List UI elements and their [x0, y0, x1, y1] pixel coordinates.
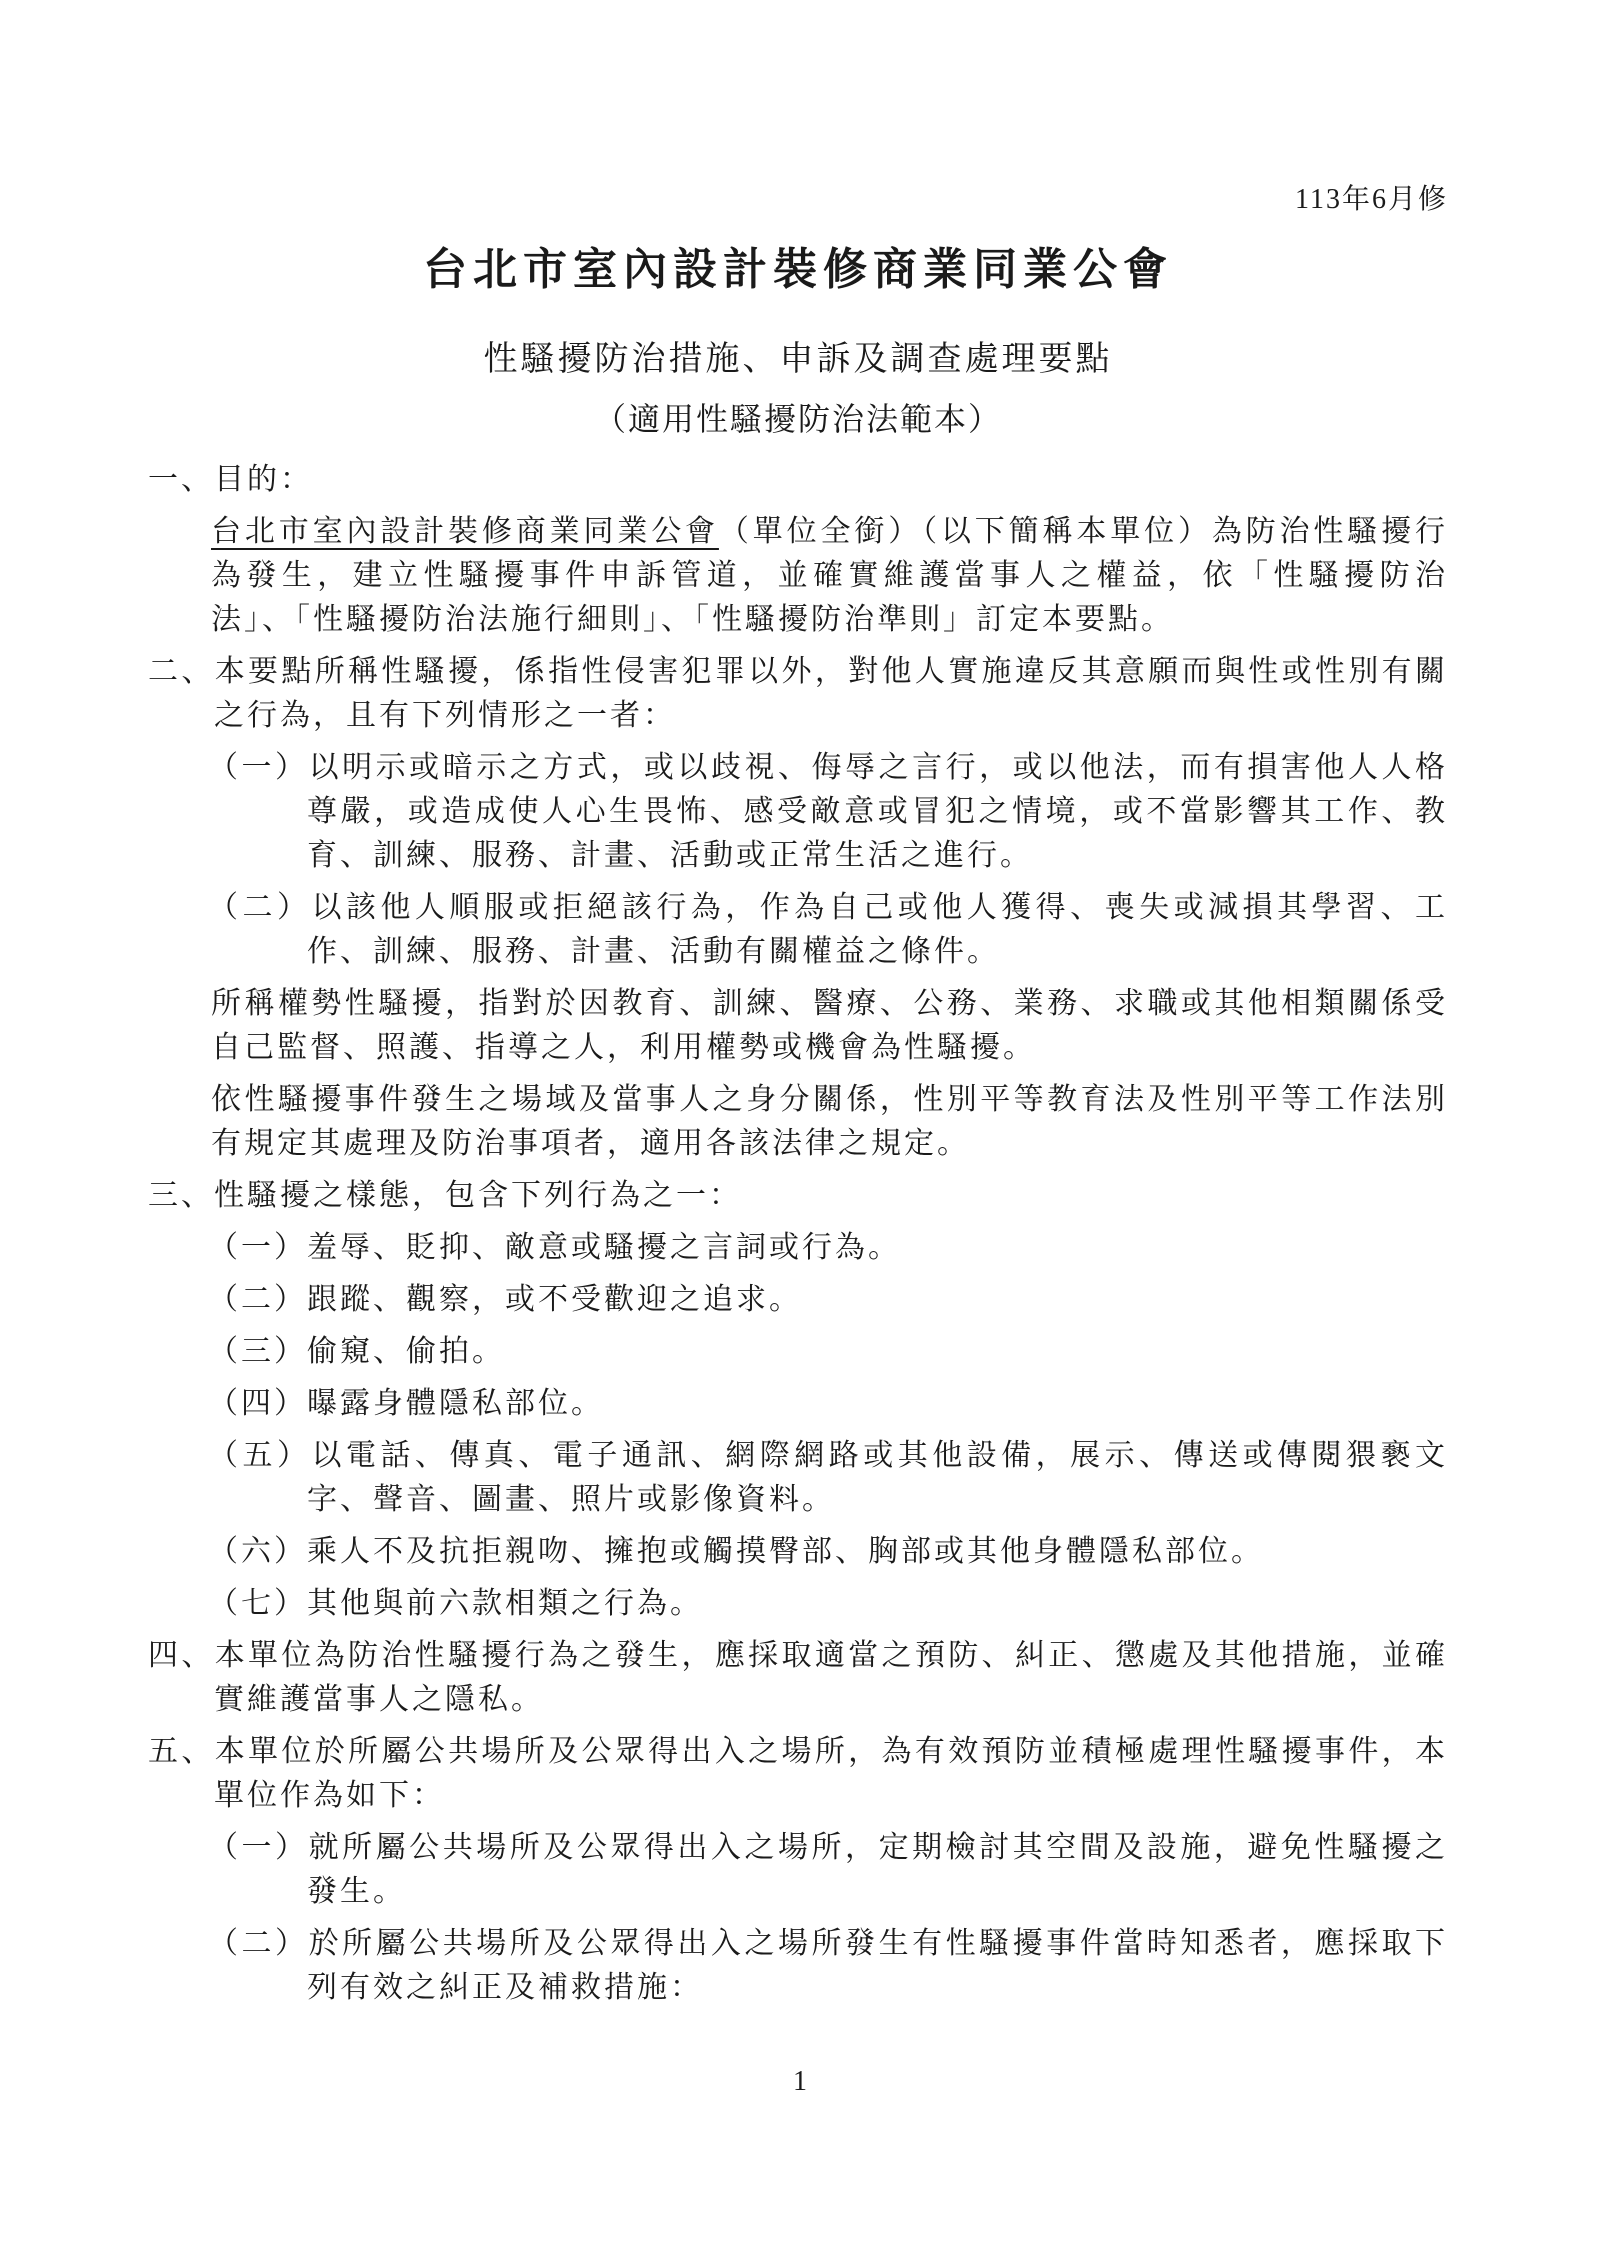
section-4-label: 四、 [148, 1639, 215, 1672]
item-3-5-label: （五） [208, 1439, 311, 1472]
item-3-7: （七）其他與前六款相類之行為。 [208, 1582, 1448, 1626]
item-3-1-label: （一） [208, 1231, 307, 1264]
item-5-2-text: 於所屬公共場所及公眾得出入之場所發生有性騷擾事件當時知悉者，應採取下列有效之糾正… [307, 1927, 1448, 2004]
section-4: 四、本單位為防治性騷擾行為之發生，應採取適當之預防、糾正、懲處及其他措施，並確實… [148, 1634, 1448, 1722]
item-3-1: （一）羞辱、貶抑、敵意或騷擾之言詞或行為。 [208, 1226, 1448, 1270]
item-3-7-label: （七） [208, 1587, 307, 1620]
section-5-text: 本單位於所屬公共場所及公眾得出入之場所，為有效預防並積極處理性騷擾事件，本單位作… [214, 1735, 1448, 1812]
section-3: 三、性騷擾之樣態，包含下列行為之一： [148, 1174, 1448, 1218]
section-3-label: 三、 [148, 1179, 214, 1212]
item-3-4-label: （四） [208, 1387, 307, 1420]
item-3-3: （三）偷窺、偷拍。 [208, 1330, 1448, 1374]
item-2-2-text: 以該他人順服或拒絕該行為，作為自己或他人獲得、喪失或減損其學習、工作、訓練、服務… [307, 891, 1448, 968]
section-2-text: 本要點所稱性騷擾，係指性侵害犯罪以外，對他人實施違反其意願而與性或性別有關之行為… [214, 655, 1448, 732]
revision-note: 113年6月修 [148, 184, 1448, 216]
item-5-1-text: 就所屬公共場所及公眾得出入之場所，定期檢討其空間及設施，避免性騷擾之發生。 [307, 1831, 1448, 1908]
item-5-2: （二）於所屬公共場所及公眾得出入之場所發生有性騷擾事件當時知悉者，應採取下列有效… [208, 1922, 1448, 2010]
section-2: 二、本要點所稱性騷擾，係指性侵害犯罪以外，對他人實施違反其意願而與性或性別有關之… [148, 650, 1448, 738]
document-page: 113年6月修 台北市室內設計裝修商業同業公會 性騷擾防治措施、申訴及調查處理要… [0, 0, 1600, 2262]
section-5-label: 五、 [148, 1735, 215, 1768]
item-2-1: （一）以明示或暗示之方式，或以歧視、侮辱之言行，或以他法，而有損害他人人格尊嚴，… [208, 746, 1448, 878]
item-2-2-label: （二） [208, 891, 311, 924]
item-3-2-text: 跟蹤、觀察，或不受歡迎之追求。 [307, 1283, 802, 1316]
section-1: 一、目的： [148, 458, 1448, 502]
item-3-6: （六）乘人不及抗拒親吻、擁抱或觸摸臀部、胸部或其他身體隱私部位。 [208, 1530, 1448, 1574]
item-5-2-label: （二） [208, 1927, 309, 1960]
item-3-7-text: 其他與前六款相類之行為。 [307, 1587, 703, 1620]
item-2-1-label: （一） [208, 751, 309, 784]
document-subtitle: 性騷擾防治措施、申訴及調查處理要點 [148, 336, 1448, 384]
item-3-5: （五）以電話、傳真、電子通訊、網際網路或其他設備，展示、傳送或傳閱猥褻文字、聲音… [208, 1434, 1448, 1522]
item-3-2-label: （二） [208, 1283, 307, 1316]
item-2-2: （二）以該他人順服或拒絕該行為，作為自己或他人獲得、喪失或減損其學習、工作、訓練… [208, 886, 1448, 974]
item-5-1-label: （一） [208, 1831, 309, 1864]
item-3-4-text: 曝露身體隱私部位。 [307, 1387, 604, 1420]
section-1-text: 目的： [214, 463, 313, 496]
document-applicability-note: （適用性騷擾防治法範本） [148, 396, 1448, 442]
item-3-5-text: 以電話、傳真、電子通訊、網際網路或其他設備，展示、傳送或傳閱猥褻文字、聲音、圖畫… [307, 1439, 1448, 1516]
item-3-6-label: （六） [208, 1535, 307, 1568]
page-number: 1 [0, 2066, 1600, 2098]
item-3-1-text: 羞辱、貶抑、敵意或騷擾之言詞或行為。 [307, 1231, 901, 1264]
section-2-paragraph-applicable-laws: 依性騷擾事件發生之場域及當事人之身分關係，性別平等教育法及性別平等工作法別有規定… [211, 1078, 1448, 1166]
item-3-3-text: 偷窺、偷拍。 [307, 1335, 505, 1368]
item-3-4: （四）曝露身體隱私部位。 [208, 1382, 1448, 1426]
section-1-paragraph: 台北市室內設計裝修商業同業公會（單位全銜）（以下簡稱本單位）為防治性騷擾行為發生… [211, 510, 1448, 642]
item-3-2: （二）跟蹤、觀察，或不受歡迎之追求。 [208, 1278, 1448, 1322]
document-title: 台北市室內設計裝修商業同業公會 [148, 240, 1448, 300]
section-5: 五、本單位於所屬公共場所及公眾得出入之場所，為有效預防並積極處理性騷擾事件，本單… [148, 1730, 1448, 1818]
section-2-label: 二、 [148, 655, 215, 688]
section-1-label: 一、 [148, 463, 214, 496]
item-3-3-label: （三） [208, 1335, 307, 1368]
item-5-1: （一）就所屬公共場所及公眾得出入之場所，定期檢討其空間及設施，避免性騷擾之發生。 [208, 1826, 1448, 1914]
item-3-6-text: 乘人不及抗拒親吻、擁抱或觸摸臀部、胸部或其他身體隱私部位。 [307, 1535, 1264, 1568]
item-2-1-text: 以明示或暗示之方式，或以歧視、侮辱之言行，或以他法，而有損害他人人格尊嚴，或造成… [307, 751, 1448, 872]
section-3-text: 性騷擾之樣態，包含下列行為之一： [214, 1179, 742, 1212]
document-content: 113年6月修 台北市室內設計裝修商業同業公會 性騷擾防治措施、申訴及調查處理要… [148, 0, 1448, 2010]
section-4-text: 本單位為防治性騷擾行為之發生，應採取適當之預防、糾正、懲處及其他措施，並確實維護… [214, 1639, 1448, 1716]
section-2-paragraph-power-harassment: 所稱權勢性騷擾，指對於因教育、訓練、醫療、公務、業務、求職或其他相類關係受自己監… [211, 982, 1448, 1070]
org-name-underlined: 台北市室內設計裝修商業同業公會 [211, 515, 719, 548]
document-body: 一、目的： 台北市室內設計裝修商業同業公會（單位全銜）（以下簡稱本單位）為防治性… [148, 458, 1448, 2010]
